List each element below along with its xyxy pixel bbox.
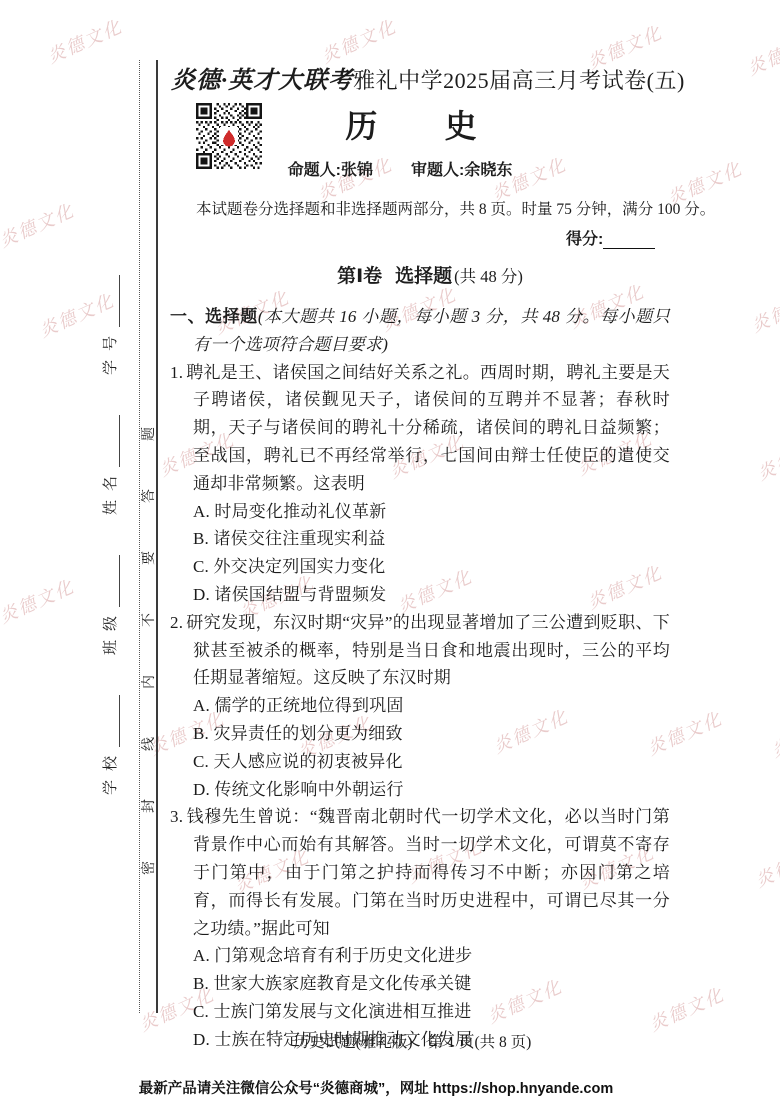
exam-header-line: 炎德·英才大联考雅礼中学2025届高三月考试卷(五) <box>171 60 685 95</box>
seal-field-student-id: 学号 <box>99 275 120 375</box>
question-2: 2.研究发现，东汉时期“灾异”的出现显著增加了三公遭到贬职、下狱甚至被杀的概率，… <box>170 609 670 804</box>
section-volume: 第Ⅰ卷 <box>337 261 382 288</box>
score-label: 得分: <box>566 226 603 249</box>
subject-title: 历 史 <box>345 101 478 147</box>
watermark-text: 炎德文化 <box>751 837 780 893</box>
brand-name: 炎德·英才大联考 <box>171 68 353 94</box>
score-blank-line <box>603 231 655 249</box>
section-heading: 第Ⅰ卷 选择题 (共 48 分) <box>337 261 523 288</box>
section-points: (共 48 分) <box>454 263 523 287</box>
option-b: B. 诸侯交往注重现实利益 <box>170 525 670 553</box>
exam-paper-page: 炎德文化炎德文化炎德文化炎德文化炎德文化炎德文化炎德文化炎德文化炎德文化炎德文化… <box>0 0 780 1104</box>
question-number: 1. <box>170 363 186 382</box>
option-d: D. 传统文化影响中外朝运行 <box>170 776 670 804</box>
qr-code <box>196 103 262 169</box>
watermark-text: 炎德文化 <box>0 197 78 253</box>
question-stem: 3.钱穆先生曾说：“魏晋南北朝时代一切学术文化，必以当时门第背景作中心而始有其解… <box>170 803 670 942</box>
paper-instructions: 本试题卷分选择题和非选择题两部分，共 8 页。时量 75 分钟，满分 100 分… <box>196 197 671 219</box>
part-one-heading: 一、选择题(本大题共 16 小题，每小题 3 分，共 48 分。每小题只有一个选… <box>170 303 670 359</box>
proposer-label: 命题人:张锦 <box>288 157 373 180</box>
question-stem: 1.聘礼是王、诸侯国之间结好关系之礼。西周时期，聘礼主要是天子聘诸侯，诸侯觐见天… <box>170 359 670 498</box>
watermark-text: 炎德文化 <box>743 25 780 81</box>
watermark-text: 炎德文化 <box>747 282 780 338</box>
seal-notice-text: 密封线内不要答题 <box>138 365 158 875</box>
question-1: 1.聘礼是王、诸侯国之间结好关系之礼。西周时期，聘礼主要是天子聘诸侯，诸侯觐见天… <box>170 359 670 609</box>
question-number: 3. <box>170 807 186 826</box>
question-stem: 2.研究发现，东汉时期“灾异”的出现显著增加了三公遭到贬职、下狱甚至被杀的概率，… <box>170 609 670 692</box>
watermark-text: 炎德文化 <box>767 707 780 763</box>
question-area: 一、选择题(本大题共 16 小题，每小题 3 分，共 48 分。每小题只有一个选… <box>170 303 670 1054</box>
seal-field-name: 姓名 <box>99 415 120 515</box>
seal-field-blank <box>105 695 120 747</box>
seal-field-blank <box>105 275 120 327</box>
option-c: C. 士族门第发展与文化演进相互推进 <box>170 998 670 1026</box>
score-field: 得分: <box>566 226 655 249</box>
watermark-text: 炎德文化 <box>753 430 780 486</box>
option-b: B. 世家大族家庭教育是文化传承关键 <box>170 970 670 998</box>
option-a: A. 时局变化推动礼仪革新 <box>170 498 670 526</box>
option-a: A. 门第观念培育有利于历史文化进步 <box>170 942 670 970</box>
seal-field-blank <box>105 415 120 467</box>
promo-line: 最新产品请关注微信公众号“炎德商城”，网址 https://shop.hnyan… <box>0 1077 780 1098</box>
part-one-note: (本大题共 16 小题，每小题 3 分，共 48 分。每小题只有一个选项符合题目… <box>193 307 670 354</box>
watermark-text: 炎德文化 <box>43 13 127 69</box>
seal-field-school: 学校 <box>99 695 120 795</box>
exam-authors: 命题人:张锦 审题人:余晓东 <box>288 157 513 180</box>
option-c: C. 外交决定列国实力变化 <box>170 553 670 581</box>
part-one-label: 一、选择题 <box>170 307 258 326</box>
option-c: C. 天人感应说的初衷被异化 <box>170 748 670 776</box>
question-number: 2. <box>170 613 186 632</box>
option-a: A. 儒学的正统地位得到巩固 <box>170 692 670 720</box>
seal-field-blank <box>105 555 120 607</box>
watermark-text: 炎德文化 <box>0 573 78 629</box>
seal-info-fields: 学校 班级 姓名 学号 <box>96 275 120 795</box>
option-d: D. 诸侯国结盟与背盟频发 <box>170 581 670 609</box>
question-3: 3.钱穆先生曾说：“魏晋南北朝时代一切学术文化，必以当时门第背景作中心而始有其解… <box>170 803 670 1053</box>
exam-title: 雅礼中学2025届高三月考试卷(五) <box>353 68 685 93</box>
page-footer: 历史试题(雅礼版) 第 1 页(共 8 页) <box>0 1030 780 1052</box>
reviewer-label: 审题人:余晓东 <box>411 157 512 180</box>
section-name: 选择题 <box>395 261 452 288</box>
seal-field-class: 班级 <box>99 555 120 655</box>
option-b: B. 灾异责任的划分更为细致 <box>170 720 670 748</box>
